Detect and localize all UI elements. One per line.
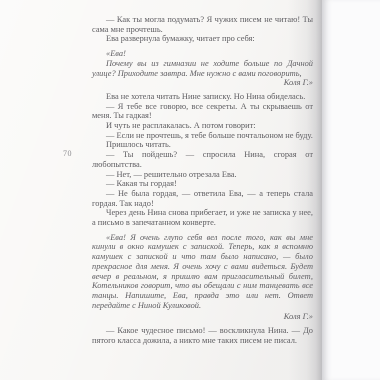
- body-paragraph: — Какое чудесное письмо! — воскликнула Н…: [92, 326, 313, 345]
- letter-salutation: «Ева!: [92, 49, 313, 59]
- letter-body: Почему вы из гимназии не ходите больше п…: [92, 59, 313, 78]
- photo-backdrop: [322, 0, 380, 380]
- body-paragraph: Ева не хотела читать Нине записку. Но Ни…: [92, 92, 313, 102]
- page-number: 70: [63, 149, 72, 158]
- letter-block: «Ева! Почему вы из гимназии не ходите бо…: [92, 49, 313, 88]
- body-paragraph: Пришлось читать.: [92, 140, 313, 150]
- letter-block: «Ева! Я очень глупо себя вел после того,…: [92, 233, 313, 322]
- letter-signature: Коля Г.»: [92, 78, 313, 88]
- body-paragraph: — Не была гордая, — ответила Ева, — а те…: [92, 189, 313, 208]
- body-paragraph: — Нет, — решительно отрезала Ева.: [92, 170, 313, 180]
- body-paragraph: — Ты пойдешь? — спросила Нина, сгорая от…: [92, 150, 313, 169]
- body-paragraph: — Как ты могла подумать? Я чужих писем н…: [92, 15, 313, 34]
- body-paragraph: — Какая ты гордая!: [92, 179, 313, 189]
- page-text-column: — Как ты могла подумать? Я чужих писем н…: [92, 15, 313, 346]
- body-paragraph: Через день Нина снова прибегает, и уже н…: [92, 208, 313, 227]
- body-paragraph: И чуть не расплакалась. А потом говорит:: [92, 121, 313, 131]
- body-paragraph: Ева развернула бумажку, читает про себя:: [92, 34, 313, 44]
- page-edge-shadow: [288, 0, 322, 380]
- body-paragraph: — Если не прочтешь, я тебе больше почтал…: [92, 131, 313, 141]
- body-paragraph: — Я тебе все говорю, все секреты. А ты с…: [92, 102, 313, 121]
- letter-signature: Коля Г.»: [92, 312, 313, 322]
- letter-body: «Ева! Я очень глупо себя вел после того,…: [92, 233, 313, 311]
- book-page-photo: 70 — Как ты могла подумать? Я чужих писе…: [0, 0, 380, 380]
